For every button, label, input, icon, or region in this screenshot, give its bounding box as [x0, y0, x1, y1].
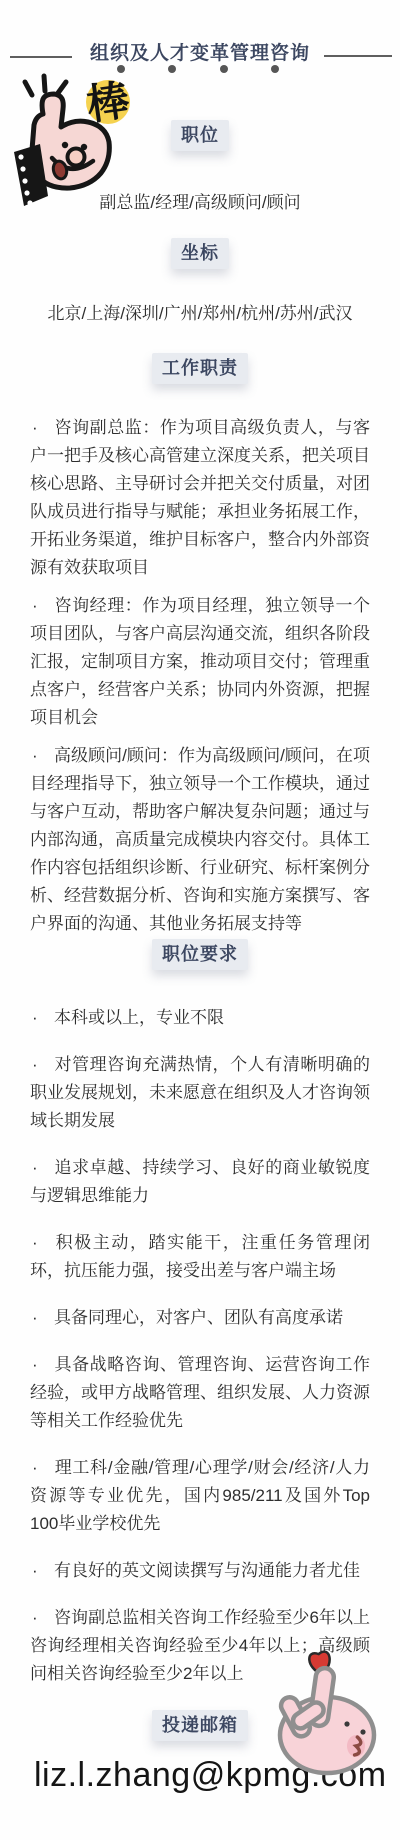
- requirement-item: ·积极主动，踏实能干，注重任务管理闭环，抗压能力强，接受出差与客户端主场: [30, 1229, 370, 1285]
- responsibility-text: 高级顾问/顾问：作为高级顾问/顾问，在项目经理指导下，独立领导一个工作模块，通过…: [30, 746, 370, 933]
- page-title: 组织及人才变革管理咨询: [0, 38, 400, 65]
- requirement-item: ·理工科/金融/管理/心理学/财会/经济/人力资源等专业优先，国内985/211…: [30, 1454, 370, 1538]
- requirement-text: 理工科/金融/管理/心理学/财会/经济/人力资源等专业优先，国内985/211及…: [30, 1458, 370, 1533]
- bullet-dot: ·: [30, 1004, 54, 1032]
- section-badge-location: 坐标: [171, 238, 229, 269]
- requirement-item: ·具备同理心，对客户、团队有高度承诺: [30, 1304, 370, 1332]
- requirements-list: ·本科或以上，专业不限 ·对管理咨询充满热情，个人有清晰明确的职业发展规划，未来…: [30, 1004, 370, 1688]
- bullet-dot: ·: [30, 414, 54, 442]
- section-badge-apply: 投递邮箱: [152, 1710, 248, 1741]
- requirement-text: 具备战略咨询、管理咨询、运营咨询工作经验，或甲方战略管理、组织发展、人力资源等相…: [30, 1355, 370, 1430]
- motion-rays-icon: [25, 76, 66, 95]
- requirement-item: ·本科或以上，专业不限: [30, 1004, 370, 1032]
- job-post-page: 组织及人才变革管理咨询 棒: [0, 0, 400, 1840]
- header-line-right: [324, 55, 392, 57]
- requirement-item: ·有良好的英文阅读撰写与沟通能力者尤佳: [30, 1557, 370, 1585]
- bullet-dot: ·: [30, 1154, 54, 1182]
- finger-heart-sticker: [263, 1640, 395, 1790]
- bullet-dot: ·: [30, 1454, 54, 1482]
- bullet-dot: ·: [30, 1304, 54, 1332]
- bullet-dot: ·: [30, 592, 54, 620]
- bullet-dot: ·: [30, 1229, 54, 1257]
- requirement-text: 有良好的英文阅读撰写与沟通能力者尤佳: [54, 1561, 360, 1580]
- requirement-item: ·追求卓越、持续学习、良好的商业敏锐度与逻辑思维能力: [30, 1154, 370, 1210]
- header-dot: [271, 65, 279, 73]
- header-dot: [168, 65, 176, 73]
- section-responsibilities: 工作职责: [0, 353, 400, 384]
- responsibility-text: 咨询副总监：作为项目高级负责人，与客户一把手及核心高管建立深度关系，把关项目核心…: [30, 418, 370, 577]
- requirement-text: 积极主动，踏实能干，注重任务管理闭环，抗压能力强，接受出差与客户端主场: [30, 1233, 370, 1280]
- bullet-dot: ·: [30, 1051, 54, 1079]
- section-position: 职位: [0, 120, 400, 151]
- position-value: 副总监/经理/高级顾问/顾问: [0, 188, 400, 213]
- requirement-text: 对管理咨询充满热情，个人有清晰明确的职业发展规划，未来愿意在组织及人才咨询领域长…: [30, 1055, 370, 1130]
- requirement-item: ·具备战略咨询、管理咨询、运营咨询工作经验，或甲方战略管理、组织发展、人力资源等…: [30, 1351, 370, 1435]
- requirement-text: 具备同理心，对客户、团队有高度承诺: [54, 1308, 343, 1327]
- section-badge-position: 职位: [171, 120, 229, 151]
- bullet-dot: ·: [30, 1604, 54, 1632]
- bullet-dot: ·: [30, 742, 54, 770]
- location-value: 北京/上海/深圳/广州/郑州/杭州/苏州/武汉: [0, 299, 400, 324]
- requirement-text: 本科或以上，专业不限: [54, 1008, 224, 1027]
- requirement-text: 追求卓越、持续学习、良好的商业敏锐度与逻辑思维能力: [30, 1158, 370, 1205]
- section-requirements: 职位要求: [0, 939, 400, 970]
- hand-shape: [278, 1667, 374, 1773]
- responsibilities-list: ·咨询副总监：作为项目高级负责人，与客户一把手及核心高管建立深度关系，把关项目核…: [30, 414, 370, 938]
- requirement-item: ·对管理咨询充满热情，个人有清晰明确的职业发展规划，未来愿意在组织及人才咨询领域…: [30, 1051, 370, 1135]
- responsibility-text: 咨询经理：作为项目经理，独立领导一个项目团队，与客户高层沟通交流，组织各阶段汇报…: [30, 596, 370, 727]
- bullet-dot: ·: [30, 1557, 54, 1585]
- section-badge-responsibilities: 工作职责: [152, 353, 248, 384]
- section-badge-requirements: 职位要求: [152, 939, 248, 970]
- bullet-dot: ·: [30, 1351, 54, 1379]
- responsibility-item: ·咨询经理：作为项目经理，独立领导一个项目团队，与客户高层沟通交流，组织各阶段汇…: [30, 592, 370, 732]
- header-dots: [117, 65, 279, 73]
- header-dot: [220, 65, 228, 73]
- section-location: 坐标: [0, 238, 400, 269]
- responsibility-item: ·高级顾问/顾问：作为高级顾问/顾问，在项目经理指导下，独立领导一个工作模块，通…: [30, 742, 370, 938]
- responsibility-item: ·咨询副总监：作为项目高级负责人，与客户一把手及核心高管建立深度关系，把关项目核…: [30, 414, 370, 582]
